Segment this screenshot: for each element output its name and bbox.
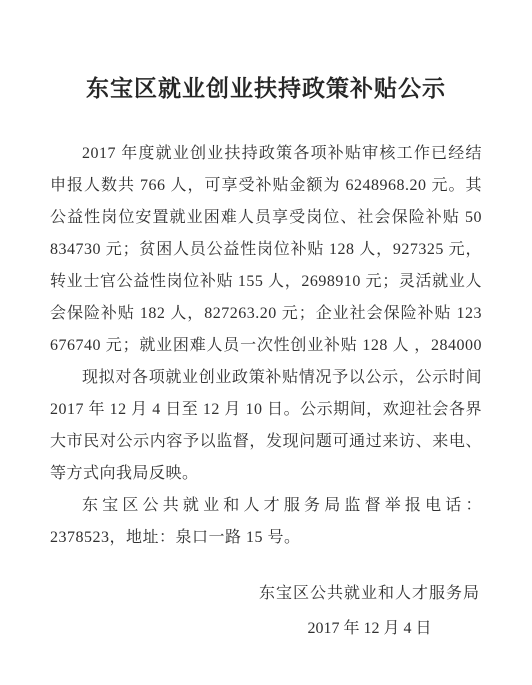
body-line: 转业士官公益性岗位补贴 155 人，2698910 元；灵活就业人员社 bbox=[50, 266, 482, 298]
body-line: 会保险补贴 182 人，827263.20 元；企业社会保险补贴 123 人， bbox=[50, 298, 482, 330]
document-title: 东宝区就业创业扶持政策补贴公示 bbox=[0, 0, 532, 104]
body-line: 2378523，地址：泉口一路 15 号。 bbox=[50, 522, 482, 554]
notice-document: 东宝区就业创业扶持政策补贴公示 2017 年度就业创业扶持政策各项补贴审核工作已… bbox=[0, 0, 532, 685]
body-line: 2017 年度就业创业扶持政策各项补贴审核工作已经结束。 bbox=[50, 138, 482, 170]
body-line: 大市民对公示内容予以监督，发现问题可通过来访、来电、来信 bbox=[50, 426, 482, 458]
document-body: 2017 年度就业创业扶持政策各项补贴审核工作已经结束。 申报人数共 766 人… bbox=[50, 138, 482, 554]
body-line: 申报人数共 766 人，可享受补贴金额为 6248968.20 元。其中， bbox=[50, 170, 482, 202]
body-line: 676740 元；就业困难人员一次性创业补贴 128 人 ，284000 元。 bbox=[50, 330, 482, 362]
body-line: 834730 元；贫困人员公益性岗位补贴 128 人，927325 元，下岗 bbox=[50, 234, 482, 266]
body-line: 2017 年 12 月 4 日至 12 月 10 日。公示期间，欢迎社会各界和广 bbox=[50, 394, 482, 426]
signature-organization: 东宝区公共就业和人才服务局 bbox=[259, 578, 480, 610]
body-line: 现拟对各项就业创业政策补贴情况予以公示，公示时间为： bbox=[50, 362, 482, 394]
body-line: 东宝区公共就业和人才服务局监督举报电话：2331036、 bbox=[50, 490, 482, 522]
body-line: 等方式向我局反映。 bbox=[50, 458, 482, 490]
signature-block: 东宝区公共就业和人才服务局 2017 年 12 月 4 日 bbox=[259, 578, 480, 645]
signature-date: 2017 年 12 月 4 日 bbox=[259, 613, 480, 645]
body-line: 公益性岗位安置就业困难人员享受岗位、社会保险补贴 50 人， bbox=[50, 202, 482, 234]
